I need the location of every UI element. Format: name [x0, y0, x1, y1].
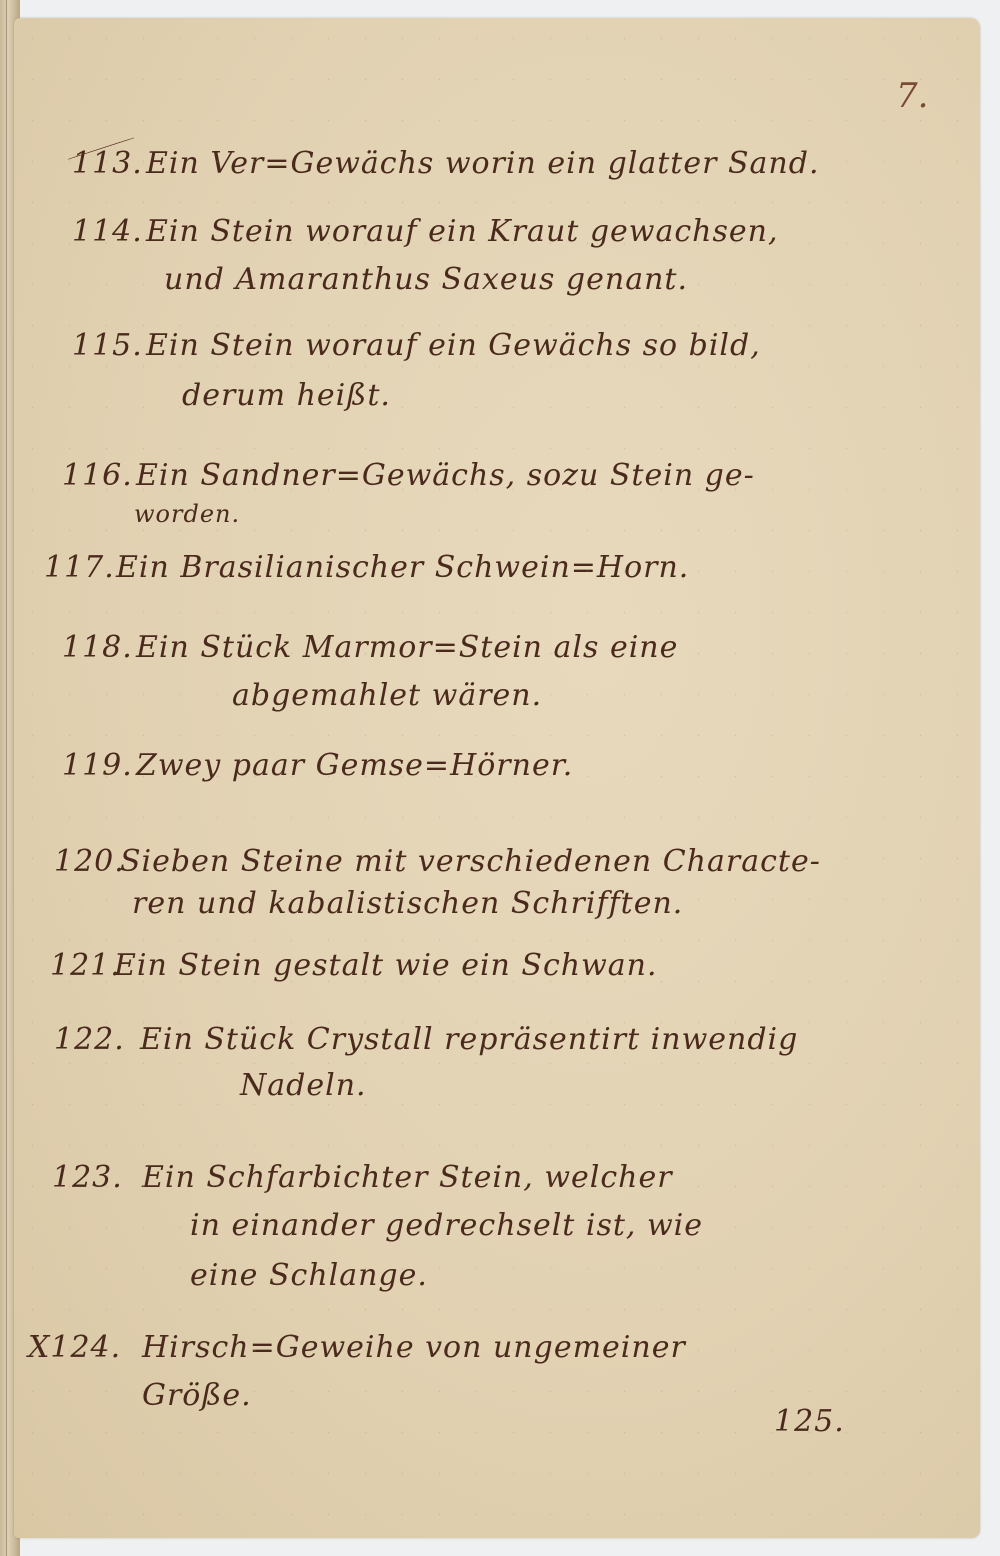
- entry-text: worden.: [134, 500, 240, 528]
- entry-text: eine Schlange.: [190, 1258, 428, 1293]
- entry-number: 121.: [50, 948, 121, 983]
- entry-text: Nadeln.: [240, 1068, 367, 1103]
- page-number: 7.: [896, 76, 928, 116]
- entry-text: Ein Stein gestalt wie ein Schwan.: [114, 948, 658, 983]
- entry-text: Hirsch=Geweihe von ungemeiner: [142, 1330, 686, 1365]
- entry-text: Ein Stein worauf ein Kraut gewachsen,: [146, 214, 779, 249]
- entry-text: Ein Brasilianischer Schwein=Horn.: [116, 550, 689, 585]
- binding-fold-line: [6, 0, 7, 1556]
- entry-number: X124.: [28, 1330, 121, 1365]
- entry-text: Ein Sandner=Gewächs, sozu Stein ge-: [136, 458, 755, 493]
- entry-number: 117.: [44, 550, 115, 585]
- entry-text: Ein Stück Crystall repräsentirt inwendig: [140, 1022, 798, 1057]
- entry-text: Ein Schfarbichter Stein, welcher: [142, 1160, 673, 1195]
- entry-text: Ein Ver=Gewächs worin ein glatter Sand.: [146, 146, 820, 181]
- entry-text: und Amaranthus Saxeus genant.: [164, 262, 688, 297]
- entry-text: Größe.: [142, 1378, 252, 1413]
- entry-text: ren und kabalistischen Schrifften.: [132, 886, 683, 921]
- entry-number: 113.: [72, 146, 143, 181]
- entry-text: Ein Stück Marmor=Stein als eine: [136, 630, 678, 665]
- entry-text: Sieben Steine mit verschiedenen Characte…: [120, 844, 821, 879]
- entry-text: abgemahlet wären.: [232, 678, 542, 713]
- entry-number: 116.: [62, 458, 133, 493]
- entry-text: Ein Stein worauf ein Gewächs so bild,: [146, 328, 761, 363]
- entry-number: 118.: [62, 630, 133, 665]
- entry-number: 125.: [774, 1404, 845, 1439]
- entry-number: 123.: [52, 1160, 123, 1195]
- entry-text: derum heißt.: [182, 378, 391, 413]
- entry-number: 115.: [72, 328, 143, 363]
- entry-number: 119.: [62, 748, 133, 783]
- manuscript-page: 7. 113. Ein Ver=Gewächs worin ein glatte…: [14, 18, 980, 1538]
- entry-number: 122.: [54, 1022, 125, 1057]
- entry-text: Zwey paar Gemse=Hörner.: [136, 748, 573, 783]
- entry-number: 114.: [72, 214, 143, 249]
- entry-number: 120.: [54, 844, 125, 879]
- entry-text: in einander gedrechselt ist, wie: [190, 1208, 703, 1243]
